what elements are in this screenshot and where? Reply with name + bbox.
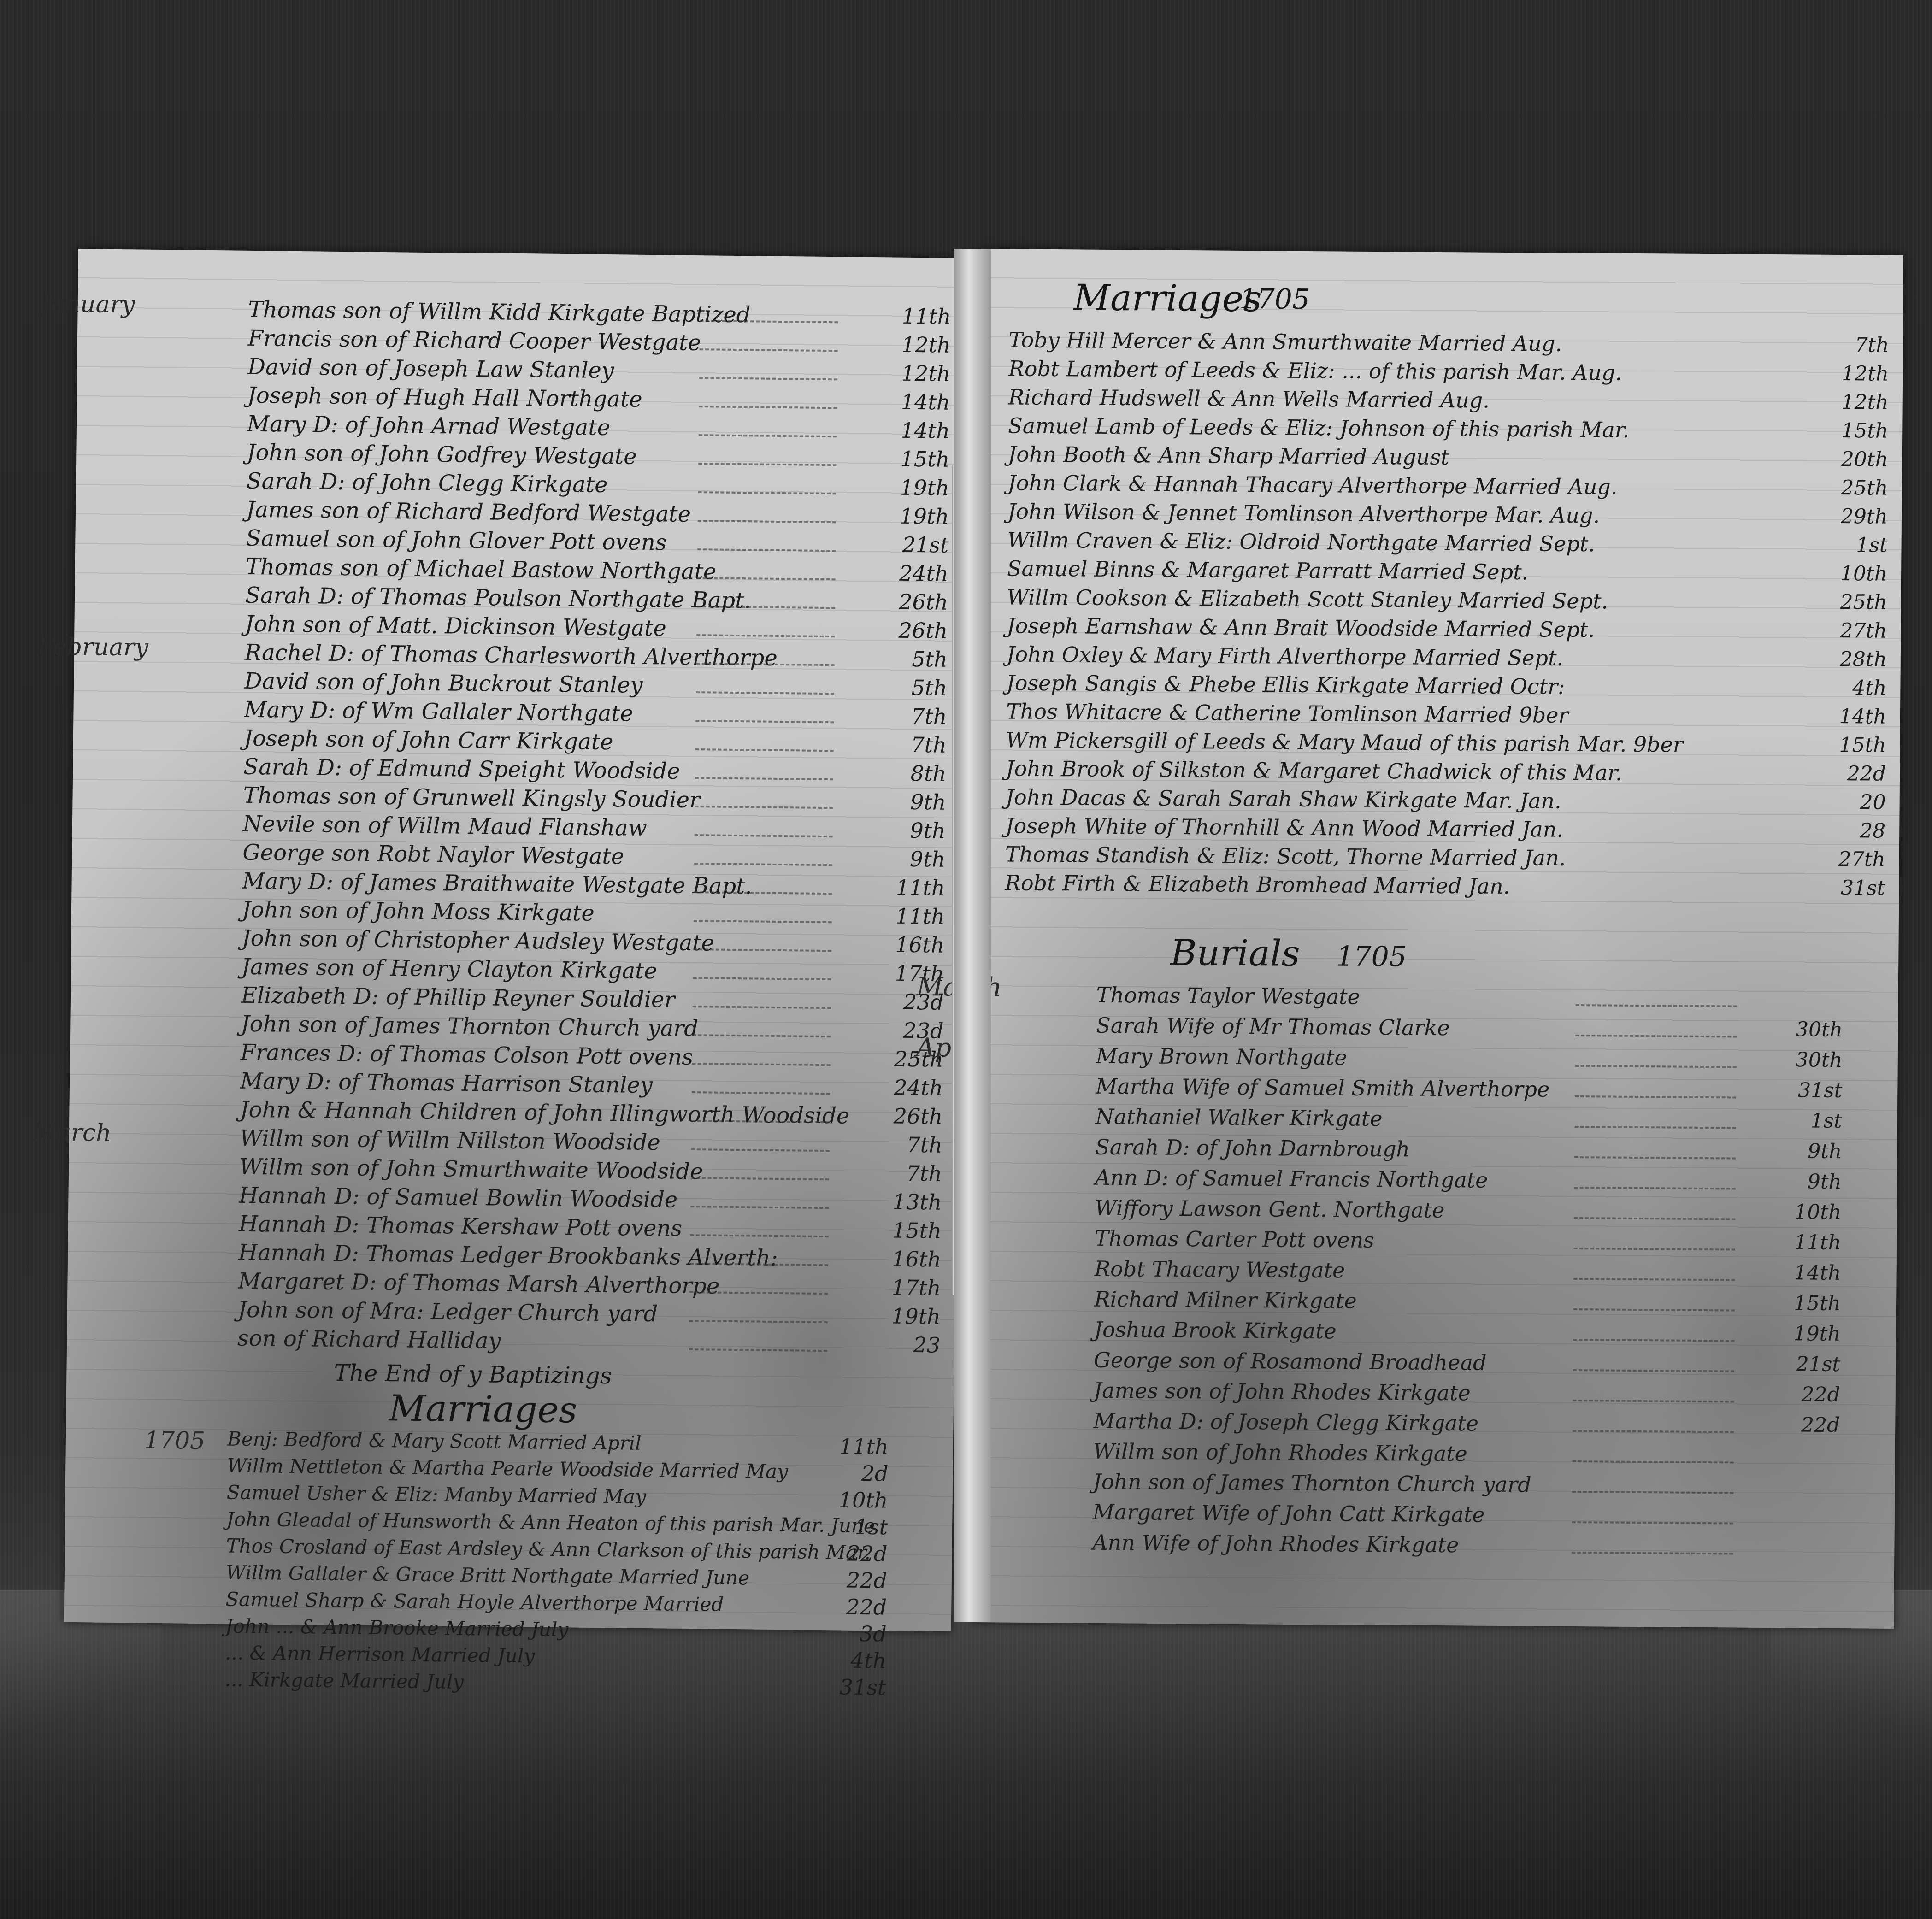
entry-date: 30th [1796, 1018, 1843, 1042]
leader-dots [695, 834, 833, 837]
leader-dots [1574, 1187, 1736, 1189]
entry-text: Robt Firth & Elizabeth Bromhead Married … [1005, 870, 1510, 899]
leader-dots [698, 463, 836, 466]
burial-entry: Willm son of John Rhodes Kirkgate [973, 1438, 1895, 1474]
burial-entry: Robt Thacary Westgate14th [974, 1255, 1896, 1291]
entry-text: Thomas Carter Pott ovens [1095, 1226, 1374, 1253]
entry-text: George son of Rosamond Broadhead [1094, 1348, 1487, 1375]
entry-date: 12th [901, 361, 950, 386]
right-page: Marriages1705Toby Hill Mercer & Ann Smur… [972, 249, 1903, 1629]
entry-text: Wiffory Lawson Gent. Northgate [1095, 1195, 1444, 1223]
entry-text: John son of James Thornton Church yard [1093, 1469, 1531, 1497]
leader-dots [1573, 1430, 1734, 1433]
leader-dots [1574, 1156, 1736, 1159]
entry-date: 22d [847, 1568, 888, 1593]
entry-date: 14th [901, 418, 950, 443]
leader-dots [696, 691, 834, 695]
entry-text: ... & Ann Herrison Married July [225, 1641, 535, 1667]
entry-text: Nathaniel Walker Kirkgate [1096, 1104, 1383, 1131]
entry-text: John Brook of Silkston & Margaret Chadwi… [1006, 756, 1622, 785]
entry-text: Thomas Taylor Westgate [1096, 983, 1361, 1009]
entry-date: 27th [1840, 619, 1887, 643]
entry-date: 15th [1841, 419, 1888, 443]
entry-text: Hannah D: Thomas Ledger Brookbanks Alver… [238, 1240, 778, 1271]
burial-entry: Joshua Brook Kirkgate19th [974, 1316, 1896, 1352]
leader-dots [698, 520, 836, 523]
entry-text: Thomas son of Michael Bastow Northgate [246, 554, 717, 585]
leader-dots [699, 406, 837, 409]
entry-text: Samuel Lamb of Leeds & Eliz: Johnson of … [1008, 413, 1630, 442]
entry-date: 31st [1798, 1078, 1843, 1102]
entry-date: 26th [898, 618, 948, 643]
entry-text: John son of John Godfrey Westgate [247, 440, 637, 470]
entry-text: Martha D: of Joseph Clegg Kirkgate [1093, 1408, 1478, 1436]
entry-date: 12th [1842, 390, 1889, 414]
entry-text: Martha Wife of Samuel Smith Alverthorpe [1096, 1074, 1549, 1102]
leader-dots [1573, 1369, 1734, 1372]
leader-dots [1575, 1095, 1736, 1098]
leader-dots [690, 1234, 829, 1237]
entry-text: Joseph son of Hugh Hall Northgate [247, 383, 642, 412]
leader-dots [697, 577, 836, 580]
marriages-heading-left: Marriages [389, 1388, 577, 1431]
entry-date: 7th [907, 1132, 942, 1158]
entry-text: Frances D: of Thomas Colson Pott ovens [240, 1040, 693, 1070]
entry-date: 15th [900, 447, 949, 472]
entry-text: Rachel D: of Thomas Charlesworth Alverth… [245, 640, 778, 671]
entry-text: Sarah D: of John Darnbrough [1095, 1135, 1410, 1162]
burial-entry: Ann Wife of John Rhodes Kirkgate [972, 1529, 1894, 1565]
burial-entry: Martha Wife of Samuel Smith Alverthorpe3… [976, 1073, 1897, 1109]
leader-dots [696, 634, 835, 637]
entry-text: Elizabeth D: of Phillip Reyner Souldier [241, 983, 675, 1013]
burial-entry: Ann D: of Samuel Francis Northgate9th [975, 1164, 1897, 1200]
burial-entry: George son of Rosamond Broadhead21st [974, 1347, 1896, 1383]
leader-dots [695, 748, 834, 752]
entry-text: Willm Cookson & Elizabeth Scott Stanley … [1007, 584, 1608, 613]
leader-dots [691, 1148, 830, 1152]
entry-text: John Booth & Ann Sharp Married August [1008, 441, 1449, 470]
entry-text: David son of Joseph Law Stanley [247, 354, 614, 383]
entry-text: Mary D: of James Braithwaite Westgate Ba… [242, 868, 752, 900]
entry-date: 24th [899, 561, 948, 586]
entry-date: 3d [860, 1621, 887, 1647]
entry-text: John son of Christopher Audsley Westgate [241, 925, 714, 956]
entry-text: James son of Henry Clayton Kirkgate [241, 954, 657, 984]
entry-date: 11th [895, 904, 945, 929]
entry-text: John son of James Thornton Church yard [241, 1011, 698, 1042]
leader-dots [1574, 1217, 1735, 1220]
entry-text: Sarah Wife of Mr Thomas Clarke [1096, 1013, 1450, 1040]
leader-dots [1573, 1460, 1734, 1463]
leader-dots [689, 1320, 828, 1323]
entry-text: Sarah D: of Thomas Poulson Northgate Bap… [245, 583, 751, 613]
leader-dots [700, 348, 838, 352]
entry-text: Hannah D: Thomas Kershaw Pott ovens [239, 1211, 683, 1242]
entry-text: Ann Wife of John Rhodes Kirkgate [1092, 1530, 1459, 1558]
leader-dots [694, 920, 832, 923]
entry-date: 14th [1839, 705, 1886, 729]
entry-text: Toby Hill Mercer & Ann Smurthwaite Marri… [1008, 327, 1562, 356]
entry-date: 15th [1794, 1291, 1841, 1315]
leader-dots [1575, 1065, 1737, 1068]
entry-date: 7th [911, 732, 947, 758]
leader-dots [692, 1034, 831, 1037]
leader-dots [695, 720, 834, 723]
entry-date: 9th [910, 818, 946, 843]
entry-date: 27th [1838, 848, 1885, 871]
entry-text: Hannah D: of Samuel Bowlin Woodside [239, 1183, 677, 1213]
burial-entry: Sarah D: of John Darnbrough9th [975, 1134, 1897, 1170]
entry-text: Willm son of John Smurthwaite Woodside [239, 1154, 703, 1185]
entry-text: Willm Craven & Eliz: Oldroid Northgate M… [1007, 527, 1595, 556]
entry-text: Thomas Standish & Eliz: Scott, Thorne Ma… [1005, 842, 1566, 870]
entry-date: 31st [840, 1674, 886, 1700]
entry-text: Willm son of Willm Nillston Woodside [240, 1125, 661, 1156]
entry-text: Sarah D: of John Clegg Kirkgate [246, 468, 607, 498]
entry-text: Mary D: of John Arnad Westgate [247, 411, 611, 441]
entry-text: Robt Lambert of Leeds & Eliz: ... of thi… [1008, 356, 1622, 385]
entry-date: 16th [895, 932, 944, 958]
leader-dots [1573, 1308, 1735, 1311]
entry-date: 29th [1841, 505, 1888, 529]
leader-dots [693, 977, 831, 980]
entry-date: 21st [902, 532, 948, 558]
leader-dots [691, 1177, 829, 1180]
entry-text: Ann D: of Samuel Francis Northgate [1095, 1165, 1488, 1193]
entry-text: John ... & Ann Brooke Married July [225, 1615, 568, 1641]
entry-date: 19th [1793, 1322, 1840, 1346]
entry-text: Francis son of Richard Cooper Westgate [248, 325, 701, 356]
entry-text: Joseph White of Thornhill & Ann Wood Mar… [1005, 813, 1563, 842]
entry-text: Willm Gallaler & Grace Britt Northgate M… [226, 1561, 750, 1589]
entry-date: 10th [1840, 562, 1887, 586]
leader-dots [689, 1348, 827, 1352]
month-label: January [41, 290, 135, 318]
entry-date: 7th [1855, 333, 1889, 357]
entry-date: 22d [846, 1595, 887, 1620]
entry-text: Mary Brown Northgate [1096, 1043, 1347, 1070]
entry-date: 19th [891, 1304, 941, 1329]
entry-date: 9th [910, 789, 946, 815]
entry-date: 12th [1842, 362, 1889, 386]
leader-dots [1572, 1552, 1733, 1554]
entry-text: Thos Whitacre & Catherine Tomlinson Marr… [1006, 699, 1569, 728]
entry-date: 4th [1852, 676, 1886, 700]
entry-text: Margaret Wife of John Catt Kirkgate [1093, 1500, 1485, 1527]
binding-stitch [952, 465, 954, 1295]
entry-date: 4th [850, 1648, 886, 1673]
marriages-heading-right: Marriages [1073, 277, 1262, 320]
entry-date: 22d [1847, 762, 1886, 786]
entry-date: 10th [1794, 1200, 1841, 1224]
entry-date: 7th [911, 704, 947, 729]
entry-date: 1st [1856, 533, 1888, 557]
burial-entry: John son of James Thornton Church yard [973, 1468, 1895, 1504]
entry-date: 11th [1794, 1230, 1841, 1254]
entry-date: 30th [1796, 1048, 1843, 1072]
entry-text: Wm Pickersgill of Leeds & Mary Maud of t… [1006, 727, 1683, 757]
leader-dots [1573, 1339, 1734, 1342]
entry-date: 15th [1839, 733, 1886, 757]
entry-text: Joseph son of John Carr Kirkgate [244, 725, 613, 755]
register-book: JanuaryThomas son of Willm Kidd Kirkgate… [78, 249, 1899, 1622]
entry-text: Samuel Usher & Eliz: Manby Married May [227, 1481, 647, 1508]
entry-date: 22d [1801, 1383, 1840, 1407]
entry-text: John son of John Moss Kirkgate [242, 897, 595, 926]
leader-dots [692, 1063, 831, 1066]
entry-date: 23 [913, 1332, 940, 1358]
entry-date: 14th [901, 389, 950, 415]
entry-text: John son of Matt. Dickinson Westgate [245, 611, 666, 642]
entry-date: 2d [861, 1461, 888, 1486]
month-label: February [37, 633, 149, 662]
entry-text: James son of Richard Bedford Westgate [246, 497, 691, 527]
entry-text: John son of Mra: Ledger Church yard [238, 1297, 658, 1327]
entry-date: 14th [1794, 1261, 1841, 1285]
entry-text: Margaret D: of Thomas Marsh Alverthorpe [238, 1268, 719, 1299]
leader-dots [1572, 1491, 1733, 1494]
leader-dots [1576, 1004, 1737, 1007]
burial-entry: Richard Milner Kirkgate15th [974, 1286, 1896, 1322]
entry-text: Benj: Bedford & Mary Scott Married April [227, 1428, 642, 1454]
leader-dots [1573, 1400, 1734, 1402]
end-of-baptisms-note: The End of y Baptizings [334, 1360, 612, 1389]
left-page: JanuaryThomas son of Willm Kidd Kirkgate… [64, 249, 966, 1631]
entry-date: 19th [900, 475, 949, 500]
entry-text: John Oxley & Mary Firth Alverthorpe Marr… [1007, 642, 1564, 670]
entry-date: 11th [902, 304, 951, 329]
entry-date: 5th [911, 675, 947, 700]
entry-text: Richard Hudswell & Ann Wells Married Aug… [1008, 384, 1490, 412]
entry-text: Samuel Sharp & Sarah Hoyle Alverthorpe M… [225, 1588, 724, 1616]
burial-entry: Wiffory Lawson Gent. Northgate10th [975, 1195, 1897, 1230]
burial-entry: Martha D: of Joseph Clegg Kirkgate22d [973, 1407, 1895, 1443]
entry-text: John Clark & Hannah Thacary Alverthorpe … [1007, 470, 1617, 499]
entry-date: 22d [1801, 1413, 1840, 1437]
entry-date: 10th [839, 1487, 888, 1513]
entry-text: David son of John Buckrout Stanley [244, 668, 643, 698]
entry-text: Samuel son of John Glover Pott ovens [246, 525, 667, 556]
entry-date: 24th [894, 1075, 943, 1101]
entry-date: 8th [911, 761, 947, 786]
entry-text: John Dacas & Sarah Sarah Shaw Kirkgate M… [1006, 784, 1561, 813]
entry-text: Richard Milner Kirkgate [1094, 1287, 1357, 1313]
leader-dots [697, 548, 836, 552]
burials-year: 1705 [1336, 940, 1407, 973]
entry-text: Nevile son of Willm Maud Flanshaw [243, 811, 647, 841]
entry-date: 31st [1841, 876, 1885, 900]
entry-date: 9th [1808, 1170, 1842, 1194]
leader-dots [692, 1091, 830, 1095]
entry-text: Robt Thacary Westgate [1094, 1256, 1345, 1283]
entry-date: 13th [893, 1189, 942, 1215]
entry-date: 1st [854, 1514, 888, 1540]
burial-entry: Nathaniel Walker Kirkgate1st [976, 1103, 1897, 1139]
month-label: March [32, 1118, 112, 1147]
burial-entry: MarchThomas Taylor Westgate [976, 982, 1898, 1018]
entry-text: John Wilson & Jennet Tomlinson Alverthor… [1007, 499, 1600, 528]
burial-entry: AprilMary Brown Northgate30th [976, 1042, 1898, 1078]
book-gutter [954, 249, 991, 1622]
entry-date: 28 [1860, 819, 1885, 842]
entry-date: 12th [901, 332, 951, 358]
burial-entry: Sarah Wife of Mr Thomas Clarke30th [976, 1012, 1898, 1048]
entry-date: 20 [1860, 790, 1885, 814]
entry-date: 22d [847, 1541, 888, 1566]
leader-dots [698, 491, 836, 494]
entry-text: Sarah D: of Edmund Speight Woodside [243, 754, 680, 784]
leader-dots [694, 863, 832, 866]
entry-text: son of Richard Halliday [237, 1325, 501, 1354]
leader-dots [695, 806, 833, 809]
burials-heading: Burials [1170, 932, 1300, 975]
entry-date: 28th [1840, 648, 1887, 671]
entry-text: Mary D: of Thomas Harrison Stanley [240, 1068, 653, 1098]
leader-dots [699, 377, 837, 380]
entry-date: 25th [1840, 590, 1887, 614]
entry-text: Mary D: of Wm Gallaler Northgate [244, 697, 633, 727]
entry-date: 26th [893, 1104, 942, 1129]
entry-text: Joseph Earnshaw & Ann Brait Woodside Mar… [1007, 613, 1595, 642]
entry-date: 11th [839, 1434, 889, 1459]
leader-dots [1573, 1278, 1735, 1281]
entry-text: Joshua Brook Kirkgate [1094, 1317, 1337, 1344]
entry-text: Thomas son of Willm Kidd Kirkgate Baptiz… [248, 297, 750, 328]
entry-text: James son of John Rhodes Kirkgate [1094, 1378, 1471, 1406]
entry-date: 21st [1796, 1352, 1841, 1376]
leader-dots [1572, 1521, 1733, 1524]
entry-date: 15th [892, 1218, 942, 1243]
leader-dots [1574, 1248, 1735, 1250]
entry-date: 9th [1808, 1140, 1842, 1164]
leader-dots [699, 434, 837, 437]
entry-text: George son Robt Naylor Westgate [242, 840, 624, 870]
marriages-year-right: 1705 [1239, 283, 1310, 316]
leader-dots [693, 1006, 831, 1009]
entry-date: 19th [900, 504, 949, 529]
entry-date: 5th [912, 647, 948, 672]
entry-text: Thomas son of Grunwell Kingsly Soudier [243, 783, 700, 813]
entry-date: 25th [1841, 476, 1888, 500]
entry-text: ... Kirkgate Married July [224, 1668, 464, 1693]
leader-dots [1575, 1126, 1736, 1129]
leader-dots [695, 777, 833, 780]
entry-date: 16th [892, 1247, 941, 1272]
entry-date: 11th [896, 875, 945, 901]
entry-text: Willm son of John Rhodes Kirkgate [1093, 1439, 1467, 1466]
burial-entry: Thomas Carter Pott ovens11th [975, 1225, 1897, 1261]
marriage-entry: Robt Firth & Elizabeth Bromhead Married … [977, 870, 1899, 906]
entry-date: 7th [906, 1161, 942, 1186]
burial-entry: Margaret Wife of John Catt Kirkgate [973, 1499, 1895, 1535]
entry-date: 9th [910, 847, 946, 872]
entry-date: 20th [1841, 447, 1888, 471]
entry-text: Joseph Sangis & Phebe Ellis Kirkgate Mar… [1006, 670, 1565, 699]
leader-dots [690, 1206, 829, 1209]
entry-date: 17th [892, 1275, 941, 1301]
entry-text: Samuel Binns & Margaret Parratt Married … [1007, 556, 1528, 584]
leader-dots [1575, 1035, 1737, 1037]
burial-entry: James son of John Rhodes Kirkgate22d [973, 1377, 1895, 1413]
entry-date: 26th [899, 589, 948, 615]
entry-date: 1st [1810, 1109, 1842, 1133]
